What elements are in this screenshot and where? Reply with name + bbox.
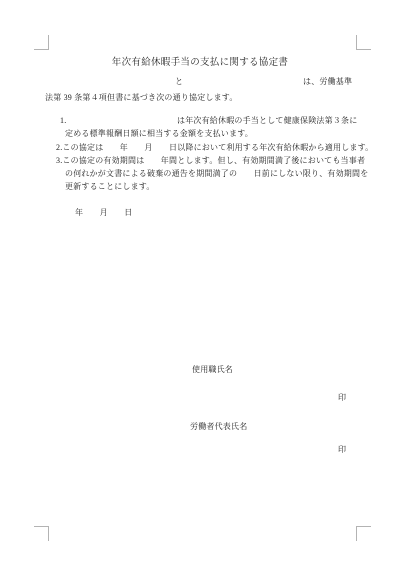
clause-1-number: 1. [60, 115, 66, 126]
employer-name-label: 使用職氏名 [192, 364, 233, 375]
agreement-document-page: 年次有給休暇手当の支払に関する協定書 と は、労働基準 法第 39 条第４項但書… [0, 0, 400, 565]
crop-mark-bottom-right [356, 526, 371, 541]
preamble-party-connector: と [175, 76, 183, 87]
clause-2-text: 2.この協定は 年 月 日以降において利用する年次有給休暇から適用します。 [56, 142, 373, 153]
crop-mark-bottom-left [34, 526, 49, 541]
clause-1-text-line2: 定める標準報酬日額に相当する金額を支払います。 [65, 128, 253, 139]
preamble-legal-basis-line: 法第 39 条第４項但書に基づき次の通り協定します。 [45, 92, 238, 103]
worker-representative-name-label: 労働者代表氏名 [190, 421, 247, 432]
date-fill-in-line: 年 月 日 [75, 207, 132, 218]
crop-mark-top-right [356, 35, 371, 50]
crop-mark-top-left [34, 35, 49, 50]
employer-seal-mark: 印 [338, 392, 346, 403]
clause-3-text-line1: 3.この協定の有効期間は 年間とします。但し、有効期間満了後においても当事者 [56, 155, 365, 166]
worker-seal-mark: 印 [338, 444, 346, 455]
clause-3-text-line2: の何れかが文書による破棄の通告を期間満了の 日前にしない限り、有効期間を [65, 168, 368, 179]
preamble-subject-particle: は、労働基準 [303, 76, 352, 87]
document-title: 年次有給休暇手当の支払に関する協定書 [0, 54, 400, 68]
clause-3-text-line3: 更新することにします。 [65, 181, 155, 192]
clause-1-text-line1: は年次有給休暇の手当として健康保険法第３条に [177, 115, 357, 126]
